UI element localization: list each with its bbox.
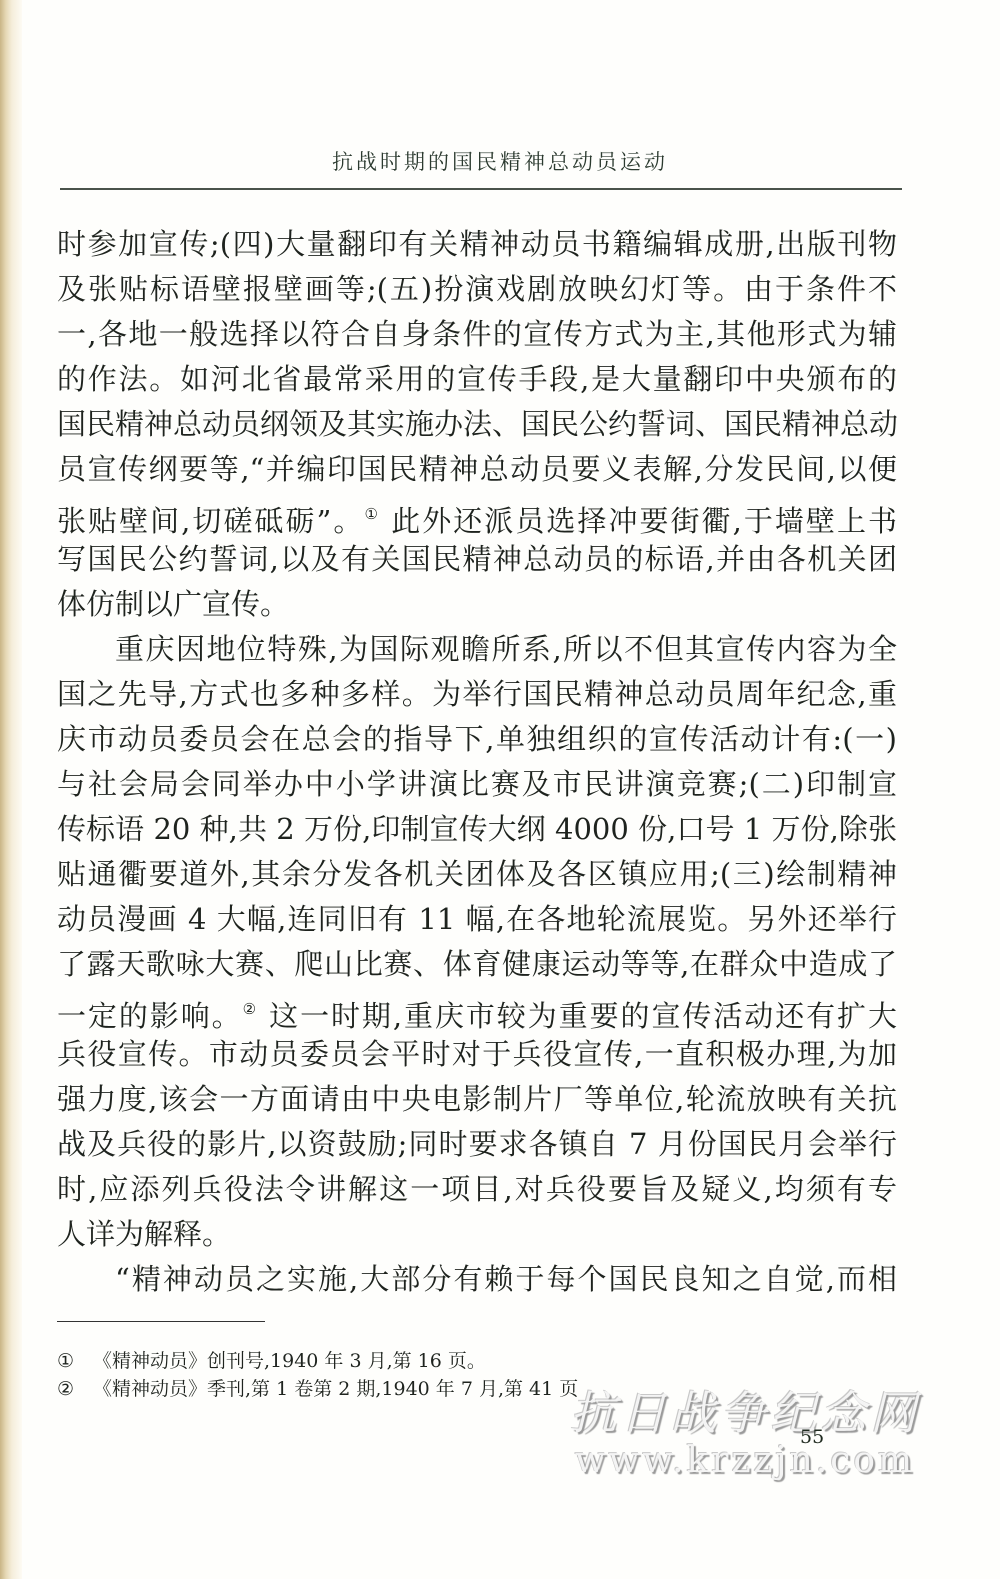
footnote-1: ①《精神动员》创刊号,1940 年 3 月,第 16 页。 — [57, 1347, 897, 1375]
text-line: 兵役宣传。市动员委员会平时对于兵役宣传,一直积极办理,为加 — [57, 1032, 897, 1077]
header-rule — [60, 188, 902, 190]
footnote-ref-1[interactable]: ① — [364, 505, 379, 523]
watermark-url: www.krzzjn.com — [545, 1441, 945, 1481]
footnote-ref-2[interactable]: ② — [243, 1000, 258, 1018]
text-line: 的作法。如河北省最常采用的宣传手段,是大量翻印中央颁布的 — [57, 357, 897, 402]
text-line: 强力度,该会一方面请由中央电影制片厂等单位,轮流放映有关抗 — [57, 1077, 897, 1122]
text-line: 写国民公约誓词,以及有关国民精神总动员的标语,并由各机关团 — [57, 537, 897, 582]
paragraph-start: 重庆因地位特殊,为国际观瞻所系,所以不但其宣传内容为全 — [57, 627, 897, 672]
text-line: 了露天歌咏大赛、爬山比赛、体育健康运动等等,在群众中造成了 — [57, 942, 897, 987]
book-page: 抗战时期的国民精神总动员运动 时参加宣传;(四)大量翻印有关精神动员书籍编辑成册… — [0, 0, 1000, 1579]
text-line: 一,各地一般选择以符合自身条件的宣传方式为主,其他形式为辅 — [57, 312, 897, 357]
watermark-chinese: 抗日战争纪念网 — [545, 1385, 945, 1441]
text-line: 动员漫画 4 大幅,连同旧有 11 幅,在各地轮流展览。另外还举行 — [57, 897, 897, 942]
body-text: 时参加宣传;(四)大量翻印有关精神动员书籍编辑成册,出版刊物 及张贴标语壁报壁画… — [57, 222, 897, 1302]
text-line: 时参加宣传;(四)大量翻印有关精神动员书籍编辑成册,出版刊物 — [57, 222, 897, 267]
text-line-with-footnote: 一定的影响。② 这一时期,重庆市较为重要的宣传活动还有扩大 — [57, 987, 897, 1032]
text-segment: 此外还派员选择冲要街衢,于墙壁上书 — [380, 504, 897, 538]
text-line: 体仿制以广宣传。 — [57, 582, 897, 627]
text-line: 国民精神总动员纲领及其实施办法、国民公约誓词、国民精神总动 — [57, 402, 897, 447]
text-line: 传标语 20 种,共 2 万份,印制宣传大纲 4000 份,口号 1 万份,除张 — [57, 807, 897, 852]
text-line: 贴通衢要道外,其余分发各机关团体及各区镇应用;(三)绘制精神 — [57, 852, 897, 897]
text-line: 与社会局会同举办中小学讲演比赛及市民讲演竞赛;(二)印制宣 — [57, 762, 897, 807]
text-line: 时,应添列兵役法令讲解这一项目,对兵役要旨及疑义,均须有专 — [57, 1167, 897, 1212]
footnote-rule — [57, 1321, 265, 1322]
running-head: 抗战时期的国民精神总动员运动 — [0, 146, 1000, 176]
text-line: 庆市动员委员会在总会的指导下,单独组织的宣传活动计有:(一) — [57, 717, 897, 762]
footnote-text: 《精神动员》创刊号,1940 年 3 月,第 16 页。 — [93, 1350, 486, 1372]
footnote-mark: ② — [57, 1375, 93, 1403]
text-line-with-footnote: 张贴壁间,切磋砥砺”。① 此外还派员选择冲要街衢,于墙壁上书 — [57, 492, 897, 537]
text-line: 人详为解释。 — [57, 1212, 897, 1257]
text-segment: 这一时期,重庆市较为重要的宣传活动还有扩大 — [258, 999, 897, 1033]
text-line: 战及兵役的影片,以资鼓励;同时要求各镇自 7 月份国民月会举行 — [57, 1122, 897, 1167]
text-line: 国之先导,方式也多种多样。为举行国民精神总动员周年纪念,重 — [57, 672, 897, 717]
text-segment: 一定的影响。 — [57, 999, 243, 1033]
paragraph-start: “精神动员之实施,大部分有赖于每个国民良知之自觉,而相 — [57, 1257, 897, 1302]
text-line: 员宣传纲要等,“并编印国民精神总动员要义表解,分发民间,以便 — [57, 447, 897, 492]
page-number: 55 — [800, 1426, 824, 1448]
footnote-mark: ① — [57, 1347, 93, 1375]
watermark: 抗日战争纪念网 www.krzzjn.com — [545, 1385, 945, 1481]
text-segment: 张贴壁间,切磋砥砺”。 — [57, 504, 364, 538]
text-line: 及张贴标语壁报壁画等;(五)扮演戏剧放映幻灯等。由于条件不 — [57, 267, 897, 312]
footnote-text: 《精神动员》季刊,第 1 卷第 2 期,1940 年 7 月,第 41 页 — [93, 1378, 578, 1400]
